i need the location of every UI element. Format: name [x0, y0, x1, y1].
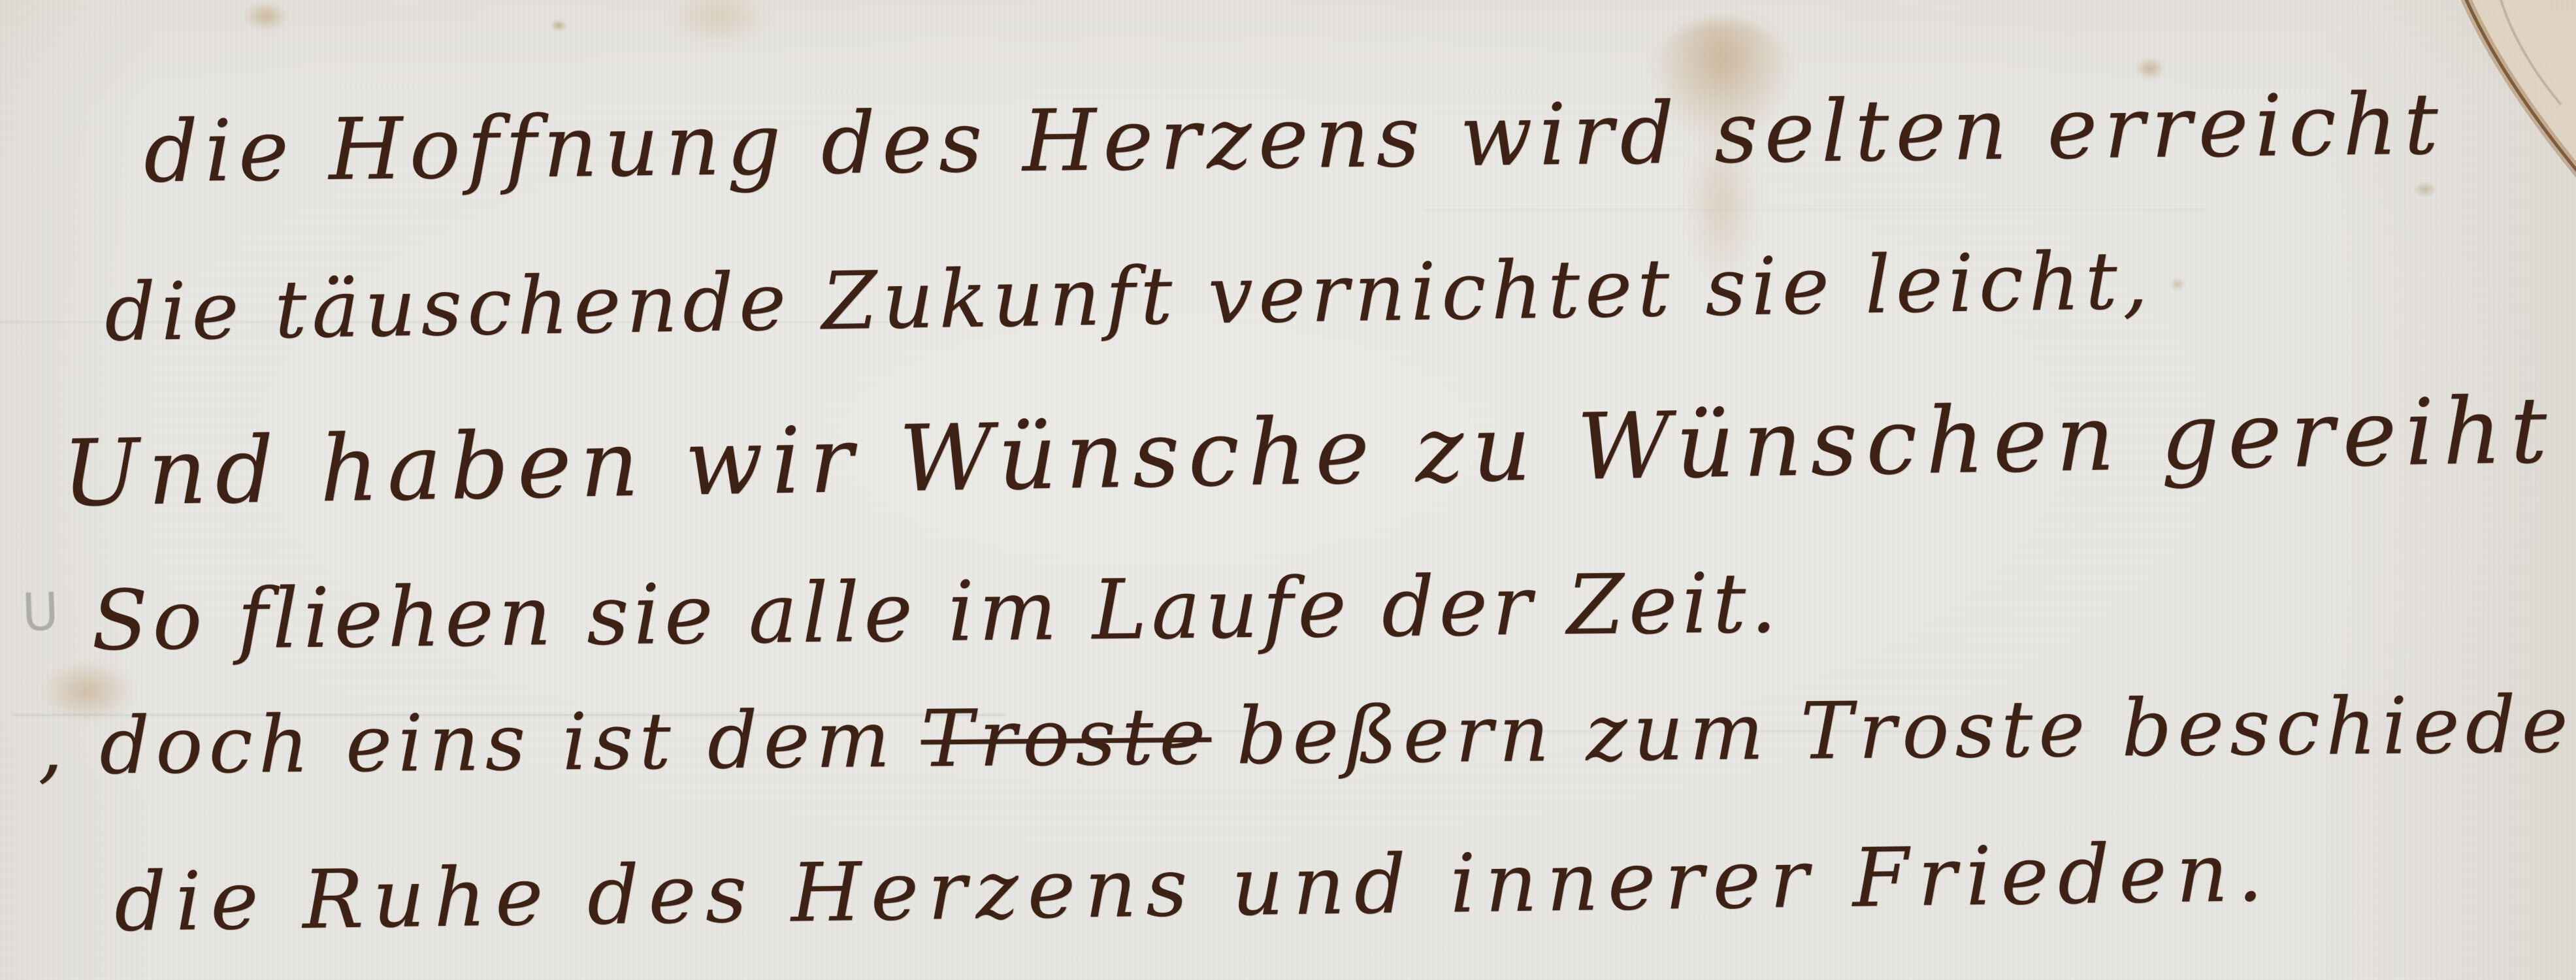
- handwriting-line-4: So fliehen sie alle im Laufe der Zeit.: [91, 551, 1782, 672]
- handwriting-line-2: die täuschende Zukunft vernichtet sie le…: [104, 231, 2154, 363]
- fox-stain: [2169, 278, 2186, 291]
- handwriting-line-3: Und haben wir Wünsche zu Wünschen gereih…: [61, 374, 2556, 532]
- line-5-text-before: , doch eins ist dem: [37, 694, 896, 792]
- fox-stain: [666, 0, 771, 46]
- manuscript-page: U die Hoffnung des Herzens wird selten e…: [0, 0, 2576, 980]
- fox-stain: [550, 20, 567, 31]
- fox-stain: [243, 1, 289, 31]
- handwriting-line-5: , doch eins ist demTrostebeßern zum Tros…: [37, 676, 2576, 797]
- struck-out-word: Troste: [921, 692, 1212, 785]
- handwriting-line-6: die Ruhe des Herzens und innerer Frieden…: [114, 823, 2273, 954]
- ruled-line-impression: [1424, 209, 2208, 210]
- pencil-margin-mark: U: [21, 581, 59, 643]
- line-5-text-after: beßern zum Troste beschieden: [1236, 679, 2576, 783]
- handwriting-line-1: die Hoffnung des Herzens wird selten err…: [143, 71, 2445, 205]
